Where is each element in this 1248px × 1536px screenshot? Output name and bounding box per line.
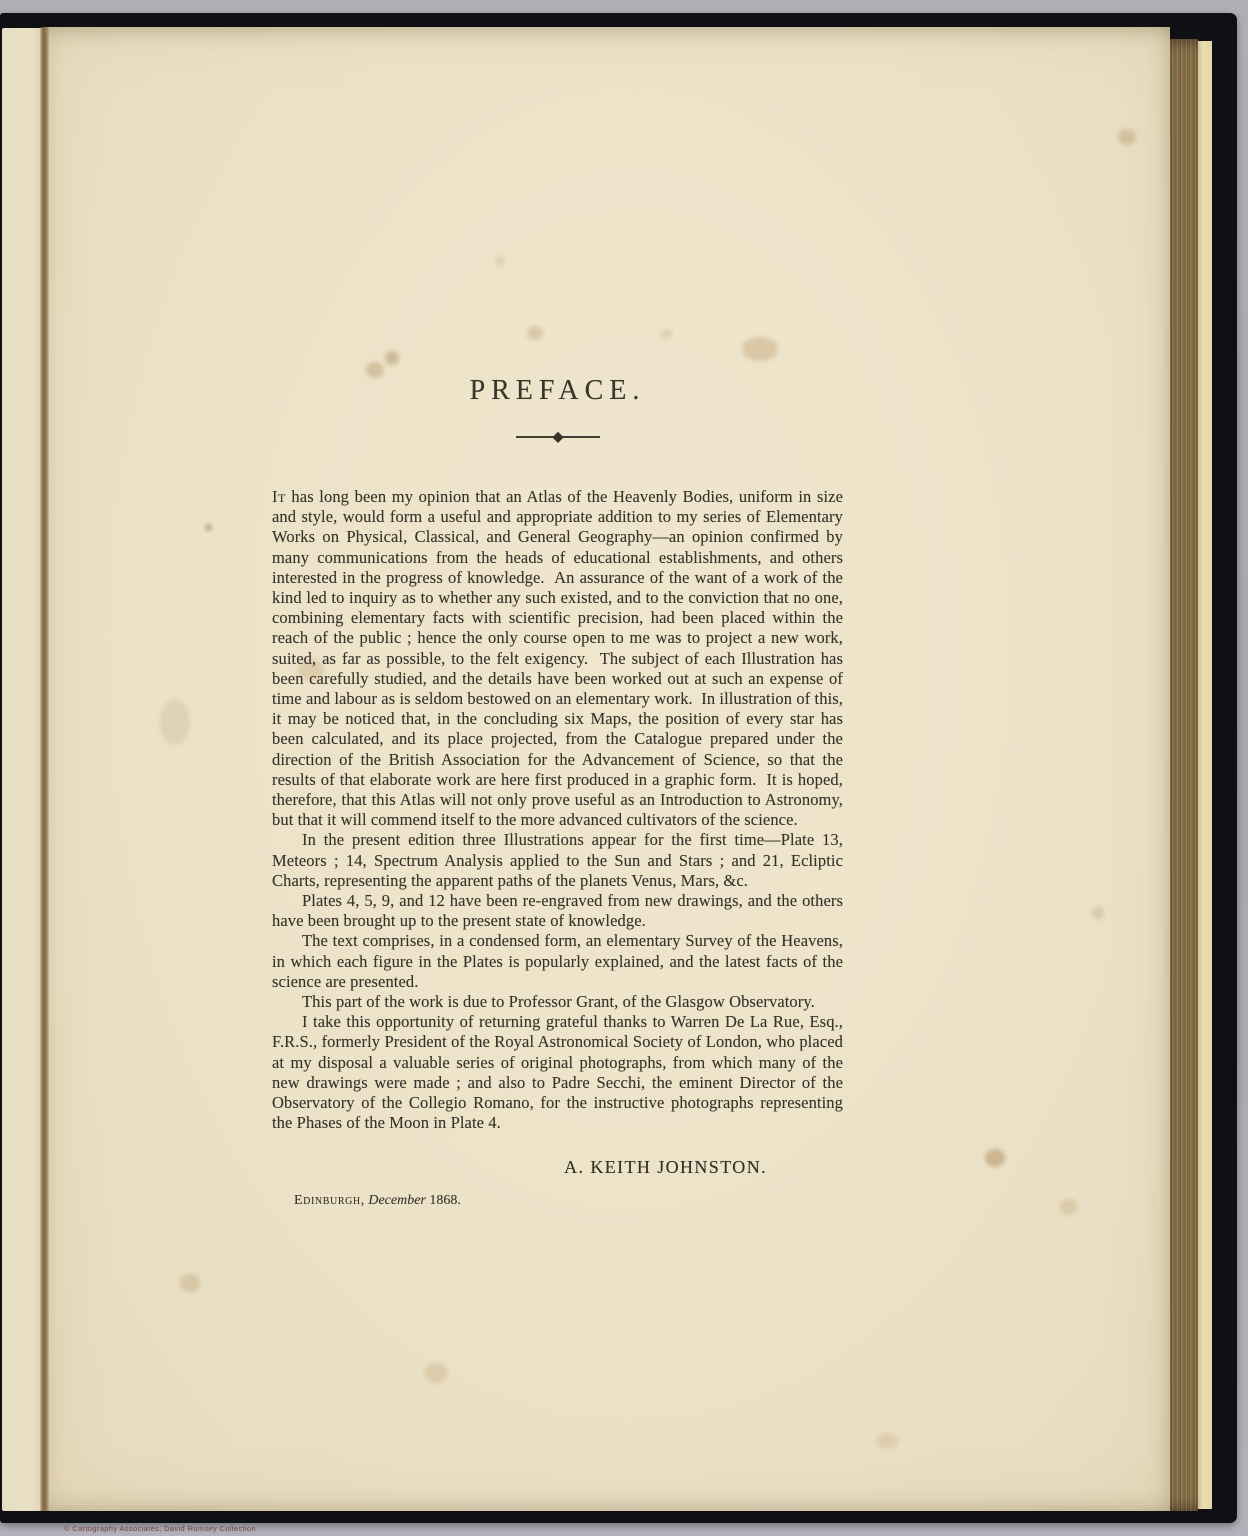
foxing-spot	[985, 1149, 1005, 1167]
preface-body: It has long been my opinion that an Atla…	[272, 487, 843, 1134]
paragraph-3: Plates 4, 5, 9, and 12 have been re-engr…	[272, 891, 843, 931]
foxing-spot	[1060, 1199, 1078, 1215]
divider-ornament	[516, 432, 600, 442]
paragraph-5: This part of the work is due to Professo…	[272, 992, 843, 1012]
foxing-spot	[160, 699, 190, 745]
book-page: PREFACE. It has long been my opinion tha…	[46, 27, 1170, 1511]
paragraph-4: The text comprises, in a condensed form,…	[272, 931, 843, 992]
foxing-spot	[1118, 129, 1136, 145]
paragraph-6: I take this opportunity of returning gra…	[272, 1012, 843, 1133]
copyright-watermark: © Cartography Associates, David Rumsey C…	[64, 1524, 256, 1533]
book-cover: PREFACE. It has long been my opinion tha…	[0, 13, 1237, 1523]
page-edge-pale-strip	[1198, 41, 1212, 1509]
foxing-spot	[205, 524, 212, 531]
dateline: Edinburgh, December 1868.	[272, 1193, 843, 1209]
paragraph-1: It has long been my opinion that an Atla…	[272, 487, 843, 830]
page-title: PREFACE.	[272, 375, 843, 407]
paragraph-2: In the present edition three Illustratio…	[272, 830, 843, 891]
foxing-spot	[876, 1433, 898, 1449]
paragraph-1-text: has long been my opinion that an Atlas o…	[272, 487, 847, 829]
dateline-place: Edinburgh,	[294, 1193, 365, 1208]
lead-small-caps: It	[272, 487, 286, 506]
dateline-year: 1868.	[429, 1193, 461, 1208]
book-gutter	[40, 27, 49, 1511]
foxing-spot	[1092, 907, 1104, 919]
foxing-spot	[424, 1363, 448, 1383]
author-signature: A. KEITH JOHNSTON.	[272, 1157, 843, 1178]
page-edges	[1170, 39, 1198, 1511]
preface-content: PREFACE. It has long been my opinion tha…	[272, 27, 843, 1209]
scanner-background: PREFACE. It has long been my opinion tha…	[0, 0, 1248, 1536]
diamond-icon	[552, 432, 563, 443]
dateline-month: December	[368, 1193, 426, 1208]
foxing-spot	[180, 1274, 200, 1292]
